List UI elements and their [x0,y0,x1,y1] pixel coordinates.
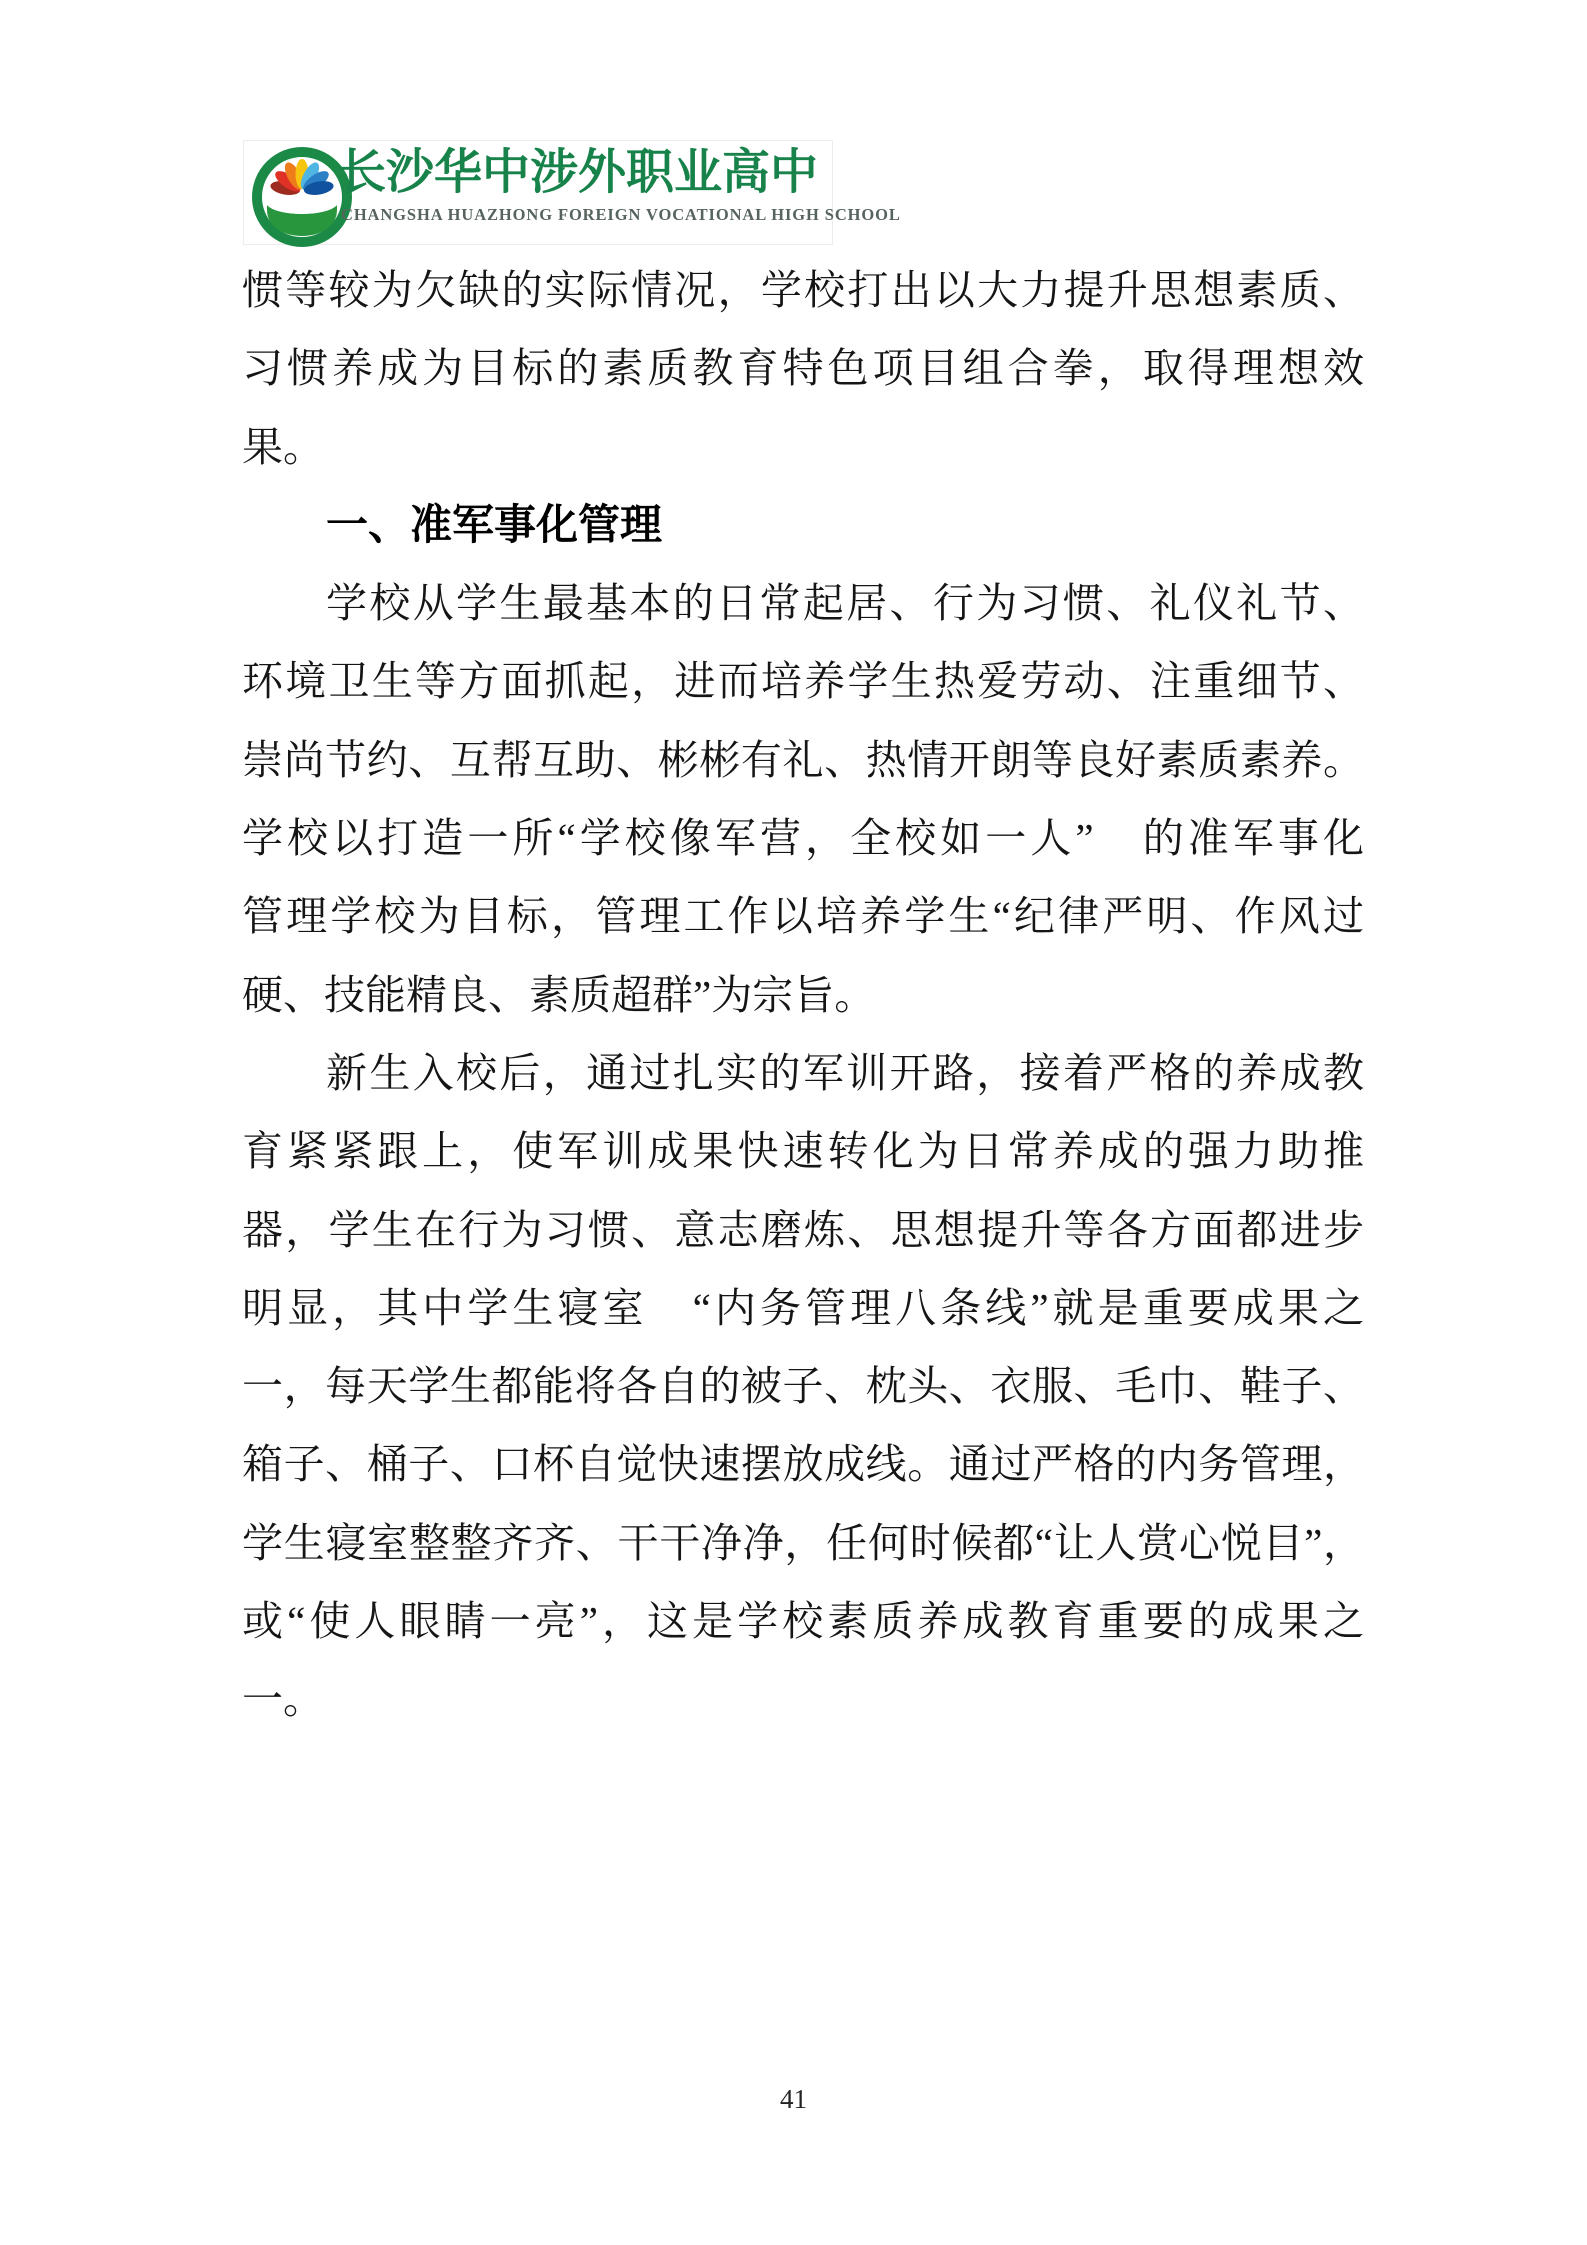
text-line: 管理学校为目标，管理工作以培养学生“纪律严明、作风过 [242,877,1364,955]
text-line: 果。 [242,408,1364,486]
text-line: 硬、技能精良、素质超群”为宗旨。 [242,956,1364,1034]
text-line: 一。 [242,1660,1364,1738]
document-body: 惯等较为欠缺的实际情况，学校打出以大力提升思想素质、习惯养成为目标的素质教育特色… [242,251,1364,1739]
text-line: 新生入校后，通过扎实的军训开路，接着严格的养成教 [242,1034,1364,1112]
text-line: 学校从学生最基本的日常起居、行为习惯、礼仪礼节、 [242,564,1364,642]
school-logo-icon [252,145,352,249]
school-name-english: CHANGSHA HUAZHONG FOREIGN VOCATIONAL HIG… [341,205,901,225]
text-line: 习惯养成为目标的素质教育特色项目组合拳，取得理想效 [242,329,1364,407]
text-line: 器，学生在行为习惯、意志磨炼、思想提升等各方面都进步 [242,1191,1364,1269]
school-header: 长沙华中涉外职业高中 CHANGSHA HUAZHONG FOREIGN VOC… [243,140,833,245]
school-name-chinese: 长沙华中涉外职业高中 [338,143,818,203]
text-line: 箱子、桶子、口杯自觉快速摆放成线。通过严格的内务管理， [242,1425,1364,1503]
text-line: 惯等较为欠缺的实际情况，学校打出以大力提升思想素质、 [242,251,1364,329]
text-line: 学校以打造一所“学校像军营，全校如一人” 的准军事化 [242,799,1364,877]
text-line: 或“使人眼睛一亮”，这是学校素质养成教育重要的成果之 [242,1582,1364,1660]
text-line: 一，每天学生都能将各自的被子、枕头、衣服、毛巾、鞋子、 [242,1347,1364,1425]
text-line: 崇尚节约、互帮互助、彬彬有礼、热情开朗等良好素质素养。 [242,721,1364,799]
text-line: 明显，其中学生寝室 “内务管理八条线”就是重要成果之 [242,1269,1364,1347]
page-number: 41 [0,2084,1587,2115]
text-line: 环境卫生等方面抓起，进而培养学生热爱劳动、注重细节、 [242,642,1364,720]
document-page: 长沙华中涉外职业高中 CHANGSHA HUAZHONG FOREIGN VOC… [0,0,1587,2245]
text-line: 学生寝室整整齐齐、干干净净，任何时候都“让人赏心悦目”， [242,1504,1364,1582]
text-line: 育紧紧跟上，使军训成果快速转化为日常养成的强力助推 [242,1112,1364,1190]
section-heading: 一、准军事化管理 [242,486,1364,564]
